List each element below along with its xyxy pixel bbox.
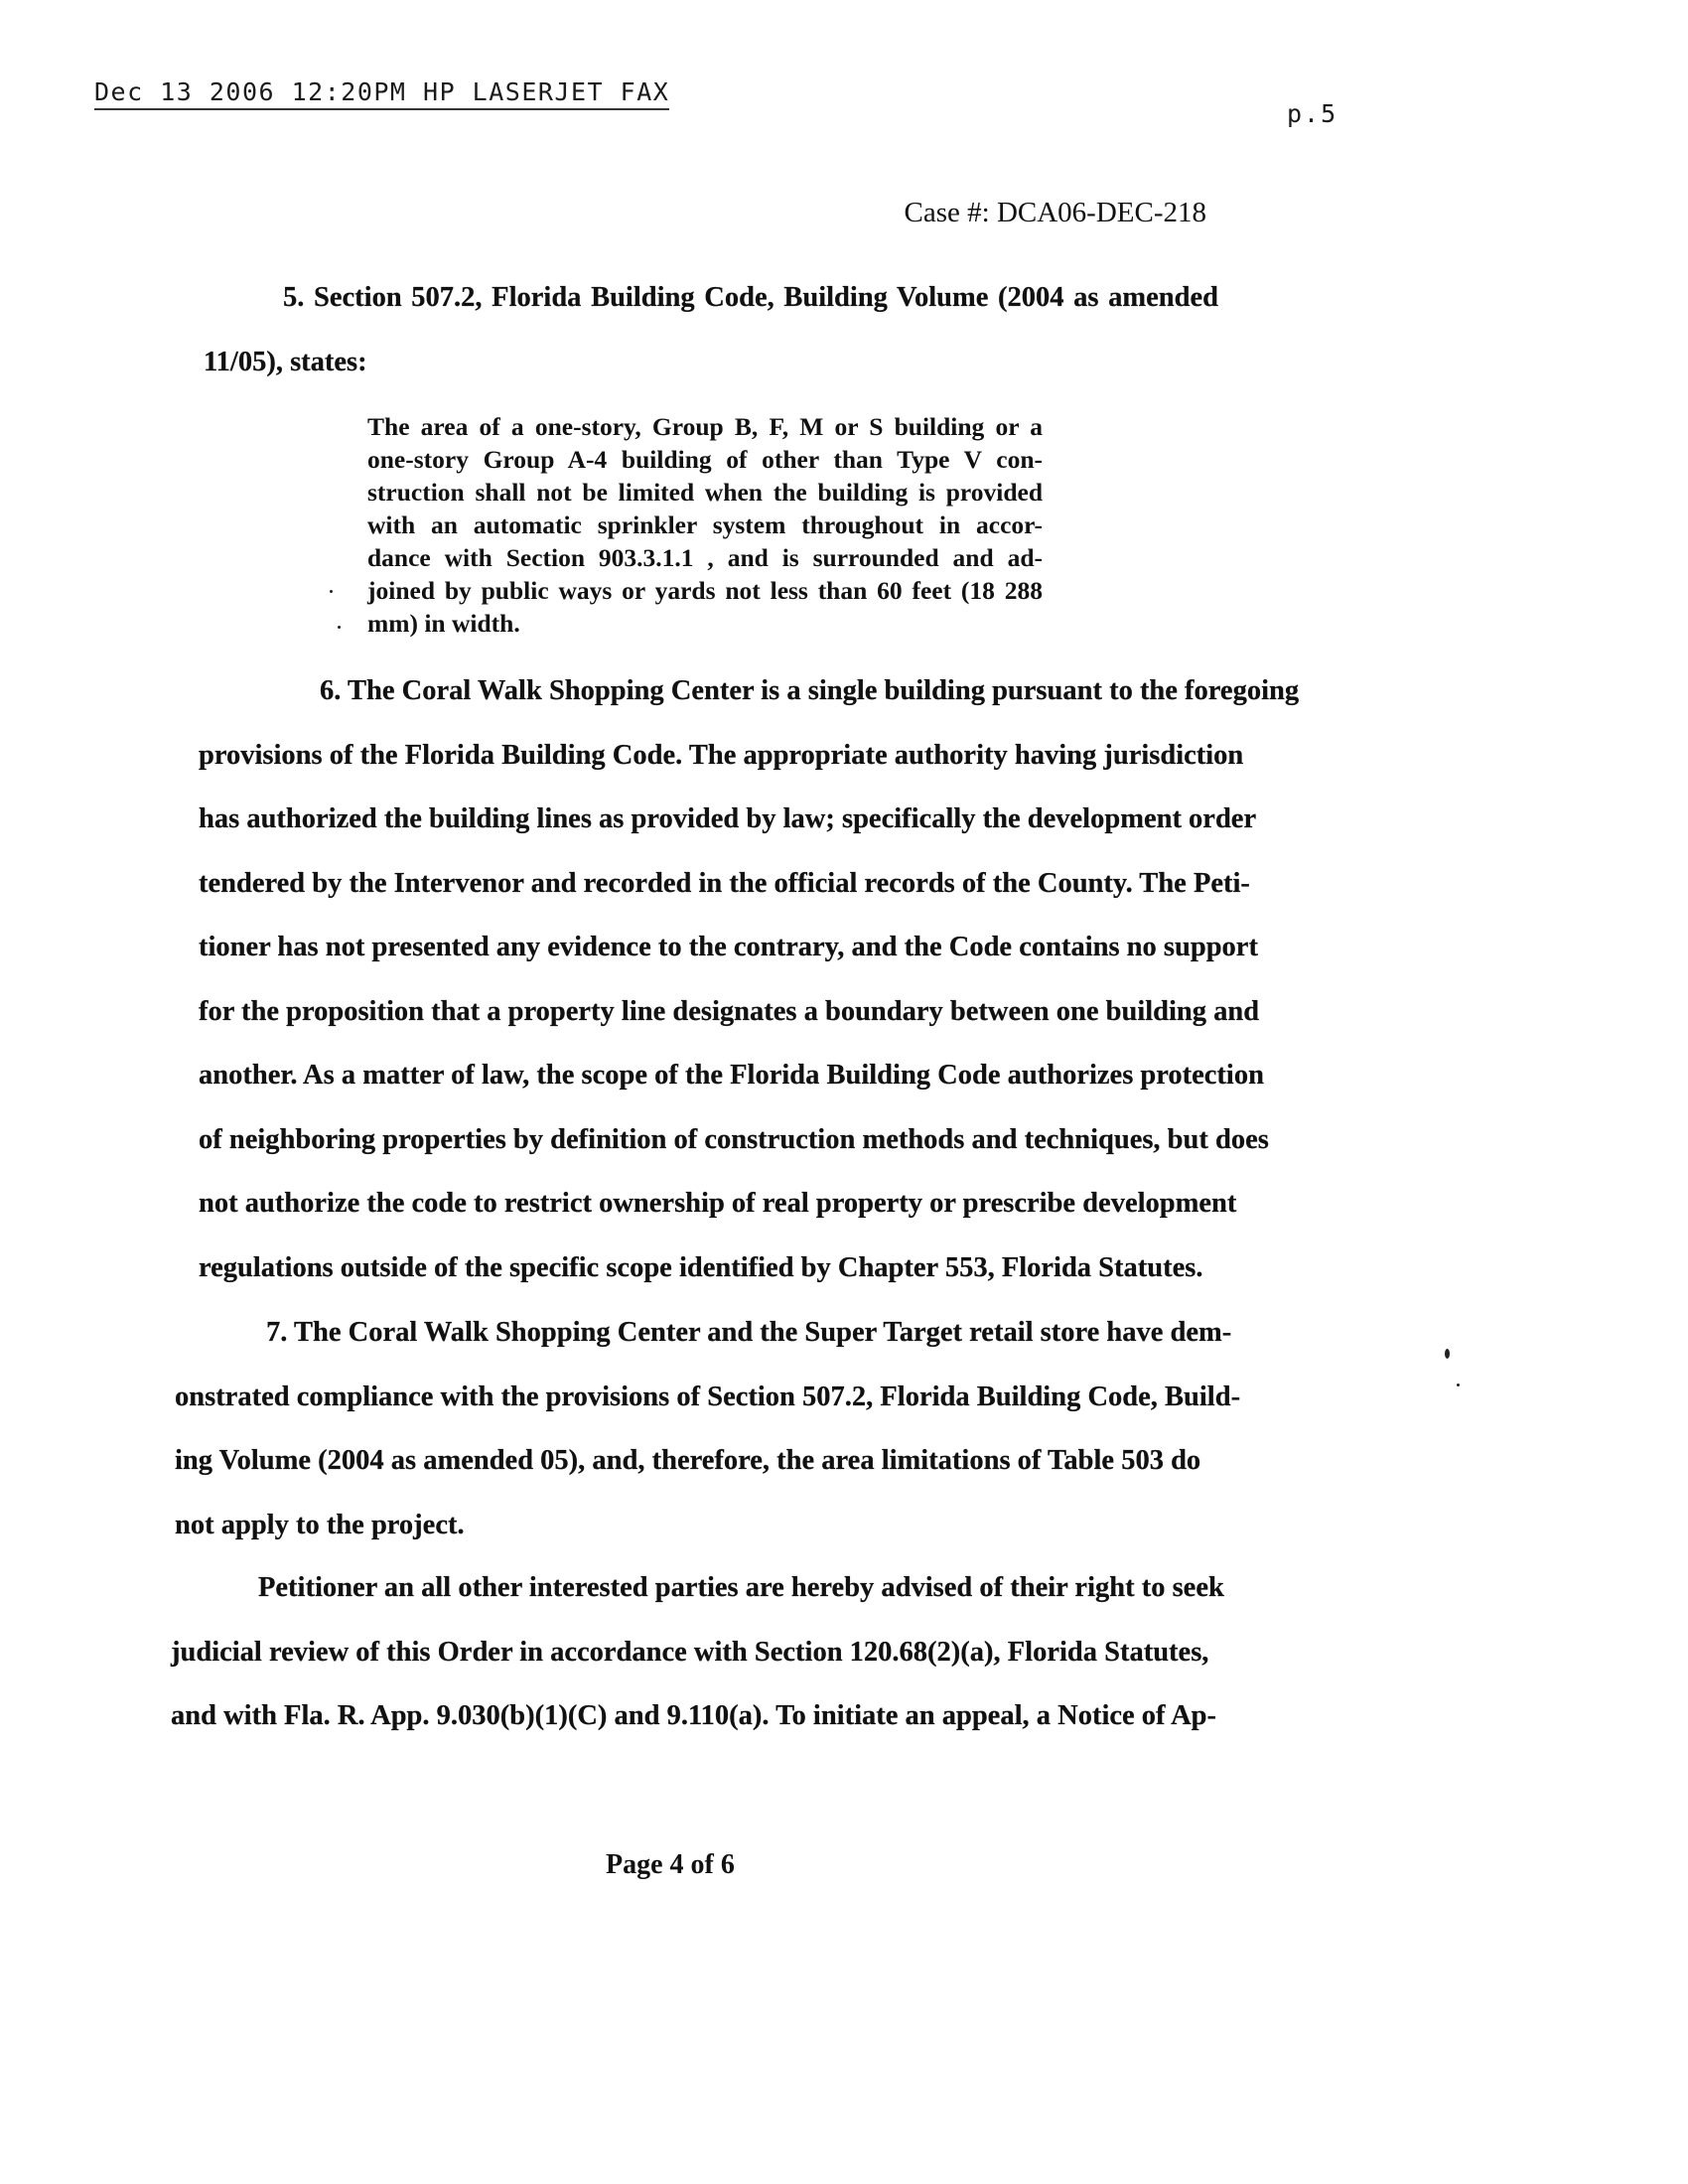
paragraph-line: judicial review of this Order in accorda… <box>171 1621 1186 1685</box>
quote-line: dance with Section 903.3.1.1 , and is su… <box>367 541 1043 574</box>
quote-line: The area of a one-story, Group B, F, M o… <box>367 410 1043 443</box>
fax-page-indicator: p.5 <box>1287 99 1337 128</box>
paragraph-line: has authorized the building lines as pro… <box>199 788 1203 852</box>
paragraph-line: not authorize the code to restrict owner… <box>199 1172 1203 1237</box>
paragraph-6: 6. The Coral Walk Shopping Center is a s… <box>199 659 1203 1300</box>
scan-artifact <box>1445 1349 1450 1359</box>
paragraph-line: provisions of the Florida Building Code.… <box>199 724 1203 789</box>
paragraph-line: tioner has not presented any evidence to… <box>199 916 1203 980</box>
paragraph-line: onstrated compliance with the provisions… <box>175 1366 1190 1430</box>
paragraph-line: tendered by the Intervenor and recorded … <box>199 852 1203 917</box>
paragraph-line: regulations outside of the specific scop… <box>199 1237 1203 1301</box>
paragraph-line: for the proposition that a property line… <box>199 980 1203 1045</box>
paragraph-line: of neighboring properties by definition … <box>199 1108 1203 1173</box>
scan-artifact <box>1457 1383 1460 1386</box>
scan-artifact <box>330 590 333 593</box>
quote-line: with an automatic sprinkler system throu… <box>367 509 1043 541</box>
paragraph-line: 5. Section 507.2, Florida Building Code,… <box>204 266 1218 331</box>
closing-paragraph-appeal-notice: Petitioner an all other interested parti… <box>171 1556 1186 1749</box>
paragraph-line: 6. The Coral Walk Shopping Center is a s… <box>199 659 1203 724</box>
paragraph-7: 7. The Coral Walk Shopping Center and th… <box>175 1301 1190 1557</box>
quote-line: mm) in width. <box>367 607 1043 640</box>
paragraph-line: 11/05), states: <box>204 331 1218 395</box>
paragraph-line: 7. The Coral Walk Shopping Center and th… <box>175 1301 1190 1366</box>
fax-header-line: Dec 13 2006 12:20PM HP LASERJET FAX <box>94 77 669 110</box>
paragraph-line: and with Fla. R. App. 9.030(b)(1)(C) and… <box>171 1684 1186 1749</box>
quote-line: joined by public ways or yards not less … <box>367 574 1043 607</box>
quote-line: one-story Group A-4 building of other th… <box>367 443 1043 476</box>
case-number: Case #: DCA06-DEC-218 <box>905 197 1206 229</box>
quote-line: struction shall not be limited when the … <box>367 476 1043 509</box>
paragraph-line: not apply to the project. <box>175 1494 1190 1558</box>
paragraph-line: another. As a matter of law, the scope o… <box>199 1044 1203 1108</box>
block-quote-section-507-2: The area of a one-story, Group B, F, M o… <box>367 410 1043 640</box>
paragraph-line: ing Volume (2004 as amended 05), and, th… <box>175 1429 1190 1494</box>
paragraph-5: 5. Section 507.2, Florida Building Code,… <box>204 266 1218 394</box>
scan-artifact <box>338 626 341 629</box>
paragraph-line: Petitioner an all other interested parti… <box>171 1556 1186 1621</box>
page-footer: Page 4 of 6 <box>606 1849 735 1881</box>
